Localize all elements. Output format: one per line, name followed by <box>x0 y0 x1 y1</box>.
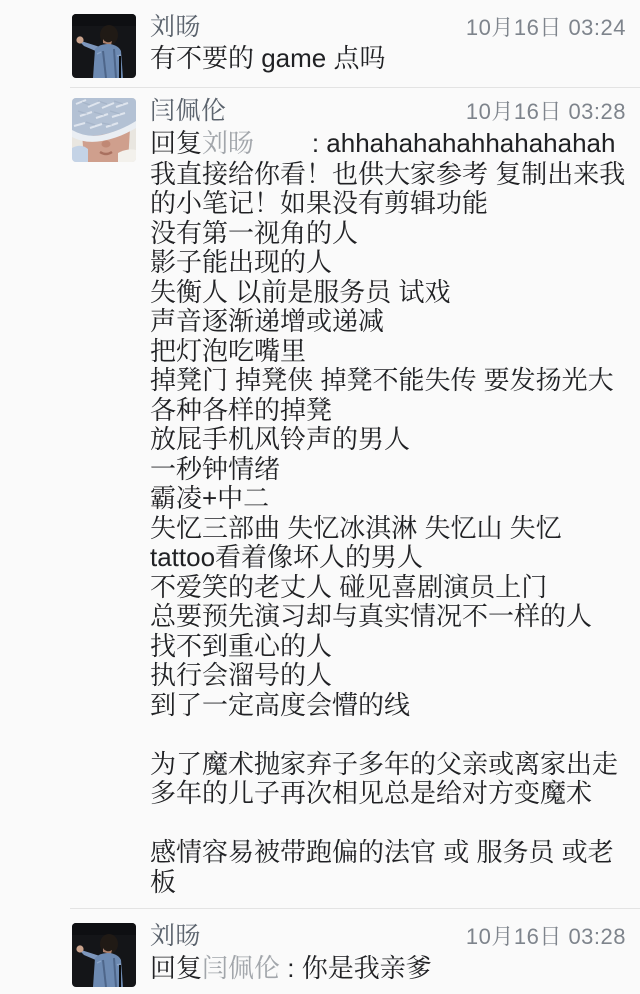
comment-timestamp: 10月16日 03:24 <box>466 13 626 43</box>
reply-first-text: : 你是我亲爹 <box>280 953 432 983</box>
comment-feed: 刘旸 10月16日 03:24 有不要的 game 点吗 <box>0 0 640 987</box>
comment-item[interactable]: 刘旸 10月16日 03:24 有不要的 game 点吗 <box>0 0 640 87</box>
reply-mention: 刘旸 <box>202 128 254 158</box>
user-avatar-liuyang[interactable] <box>72 14 136 78</box>
comment-timestamp: 10月16日 03:28 <box>466 97 626 127</box>
reply-first-text: : ahhahahahahhahahahah <box>254 128 615 158</box>
knit-hat-avatar-graphic <box>72 98 136 162</box>
author-name: 刘旸 <box>150 921 201 951</box>
author-name: 闫佩伦 <box>150 96 227 126</box>
reply-line: 回复闫佩伦 : 你是我亲爹 <box>150 954 626 984</box>
reply-mention: 闫佩伦 <box>202 953 280 983</box>
reply-prefix: 回复 <box>150 953 202 983</box>
author-name: 刘旸 <box>150 12 201 42</box>
stage-photo-avatar-graphic <box>72 14 136 78</box>
comment-item[interactable]: 刘旸 10月16日 03:28 回复闫佩伦 : 你是我亲爹 <box>0 909 640 987</box>
comment-text: 有不要的 game 点吗 <box>150 44 626 74</box>
comment-item[interactable]: 闫佩伦 10月16日 03:28 回复刘旸 : ahhahahahahhahah… <box>0 88 640 908</box>
comment-timestamp: 10月16日 03:28 <box>466 922 626 952</box>
stage-photo-avatar-graphic <box>72 923 136 987</box>
user-avatar-liuyang[interactable] <box>72 923 136 987</box>
reply-line: 回复刘旸 : ahhahahahahhahahahah <box>150 129 626 159</box>
comment-text: 我直接给你看！也供大家参考 复制出来我 的小笔记！如果没有剪辑功能 没有第一视角… <box>150 160 626 898</box>
user-avatar-yanpeilun[interactable] <box>72 98 136 162</box>
reply-prefix: 回复 <box>150 128 202 158</box>
